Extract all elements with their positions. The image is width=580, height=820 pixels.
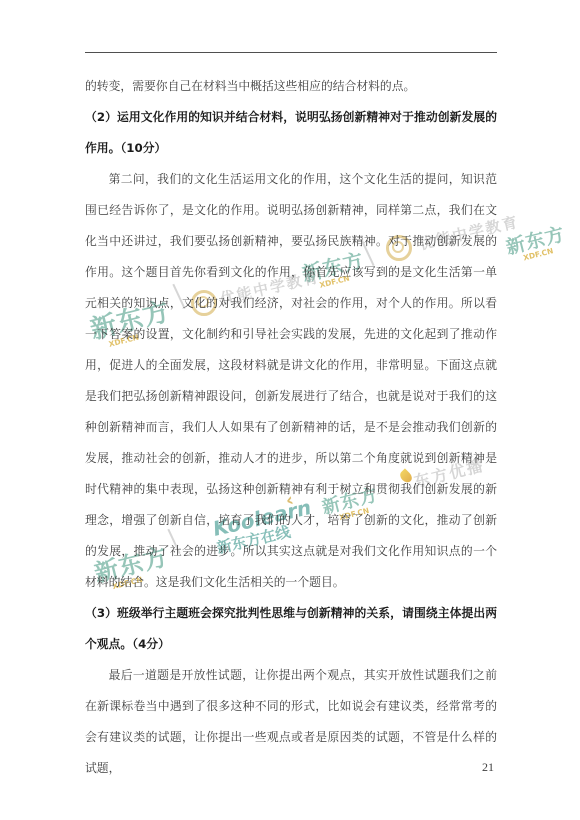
document-content: 的转变，需要你自己在材料当中概括这些相应的结合材料的点。 （2）运用文化作用的知…: [85, 71, 497, 784]
header-rule: [85, 52, 497, 53]
page-number: 21: [482, 760, 494, 775]
watermark-xdf-domain: XDF.CN: [522, 243, 569, 263]
paragraph-continuation: 的转变，需要你自己在材料当中概括这些相应的结合材料的点。: [85, 71, 497, 102]
paragraph-q3-analysis: 最后一道题是开放性试题，让你提出两个观点，其实开放性试题我们之前在新课标卷当中遇…: [85, 660, 497, 784]
watermark-xdf-logo: 新东方 XDF.CN: [503, 219, 569, 266]
watermark-xdf-text: 新东方: [504, 223, 568, 259]
question-3-heading: （3）班级举行主题班会探究批判性思维与创新精神的关系，请围绕主体提出两个观点。（…: [85, 598, 497, 660]
question-2-heading: （2）运用文化作用的知识并结合材料，说明弘扬创新精神对于推动创新发展的作用。（1…: [85, 102, 497, 164]
paragraph-q2-analysis: 第二问，我们的文化生活运用文化的作用，这个文化生活的提问，知识范围已经告诉你了，…: [85, 164, 497, 598]
document-page: 新东方 XDF.CN 优能中学教育 新东方 XDF.CN 新东方 XDF.CN …: [0, 0, 580, 820]
